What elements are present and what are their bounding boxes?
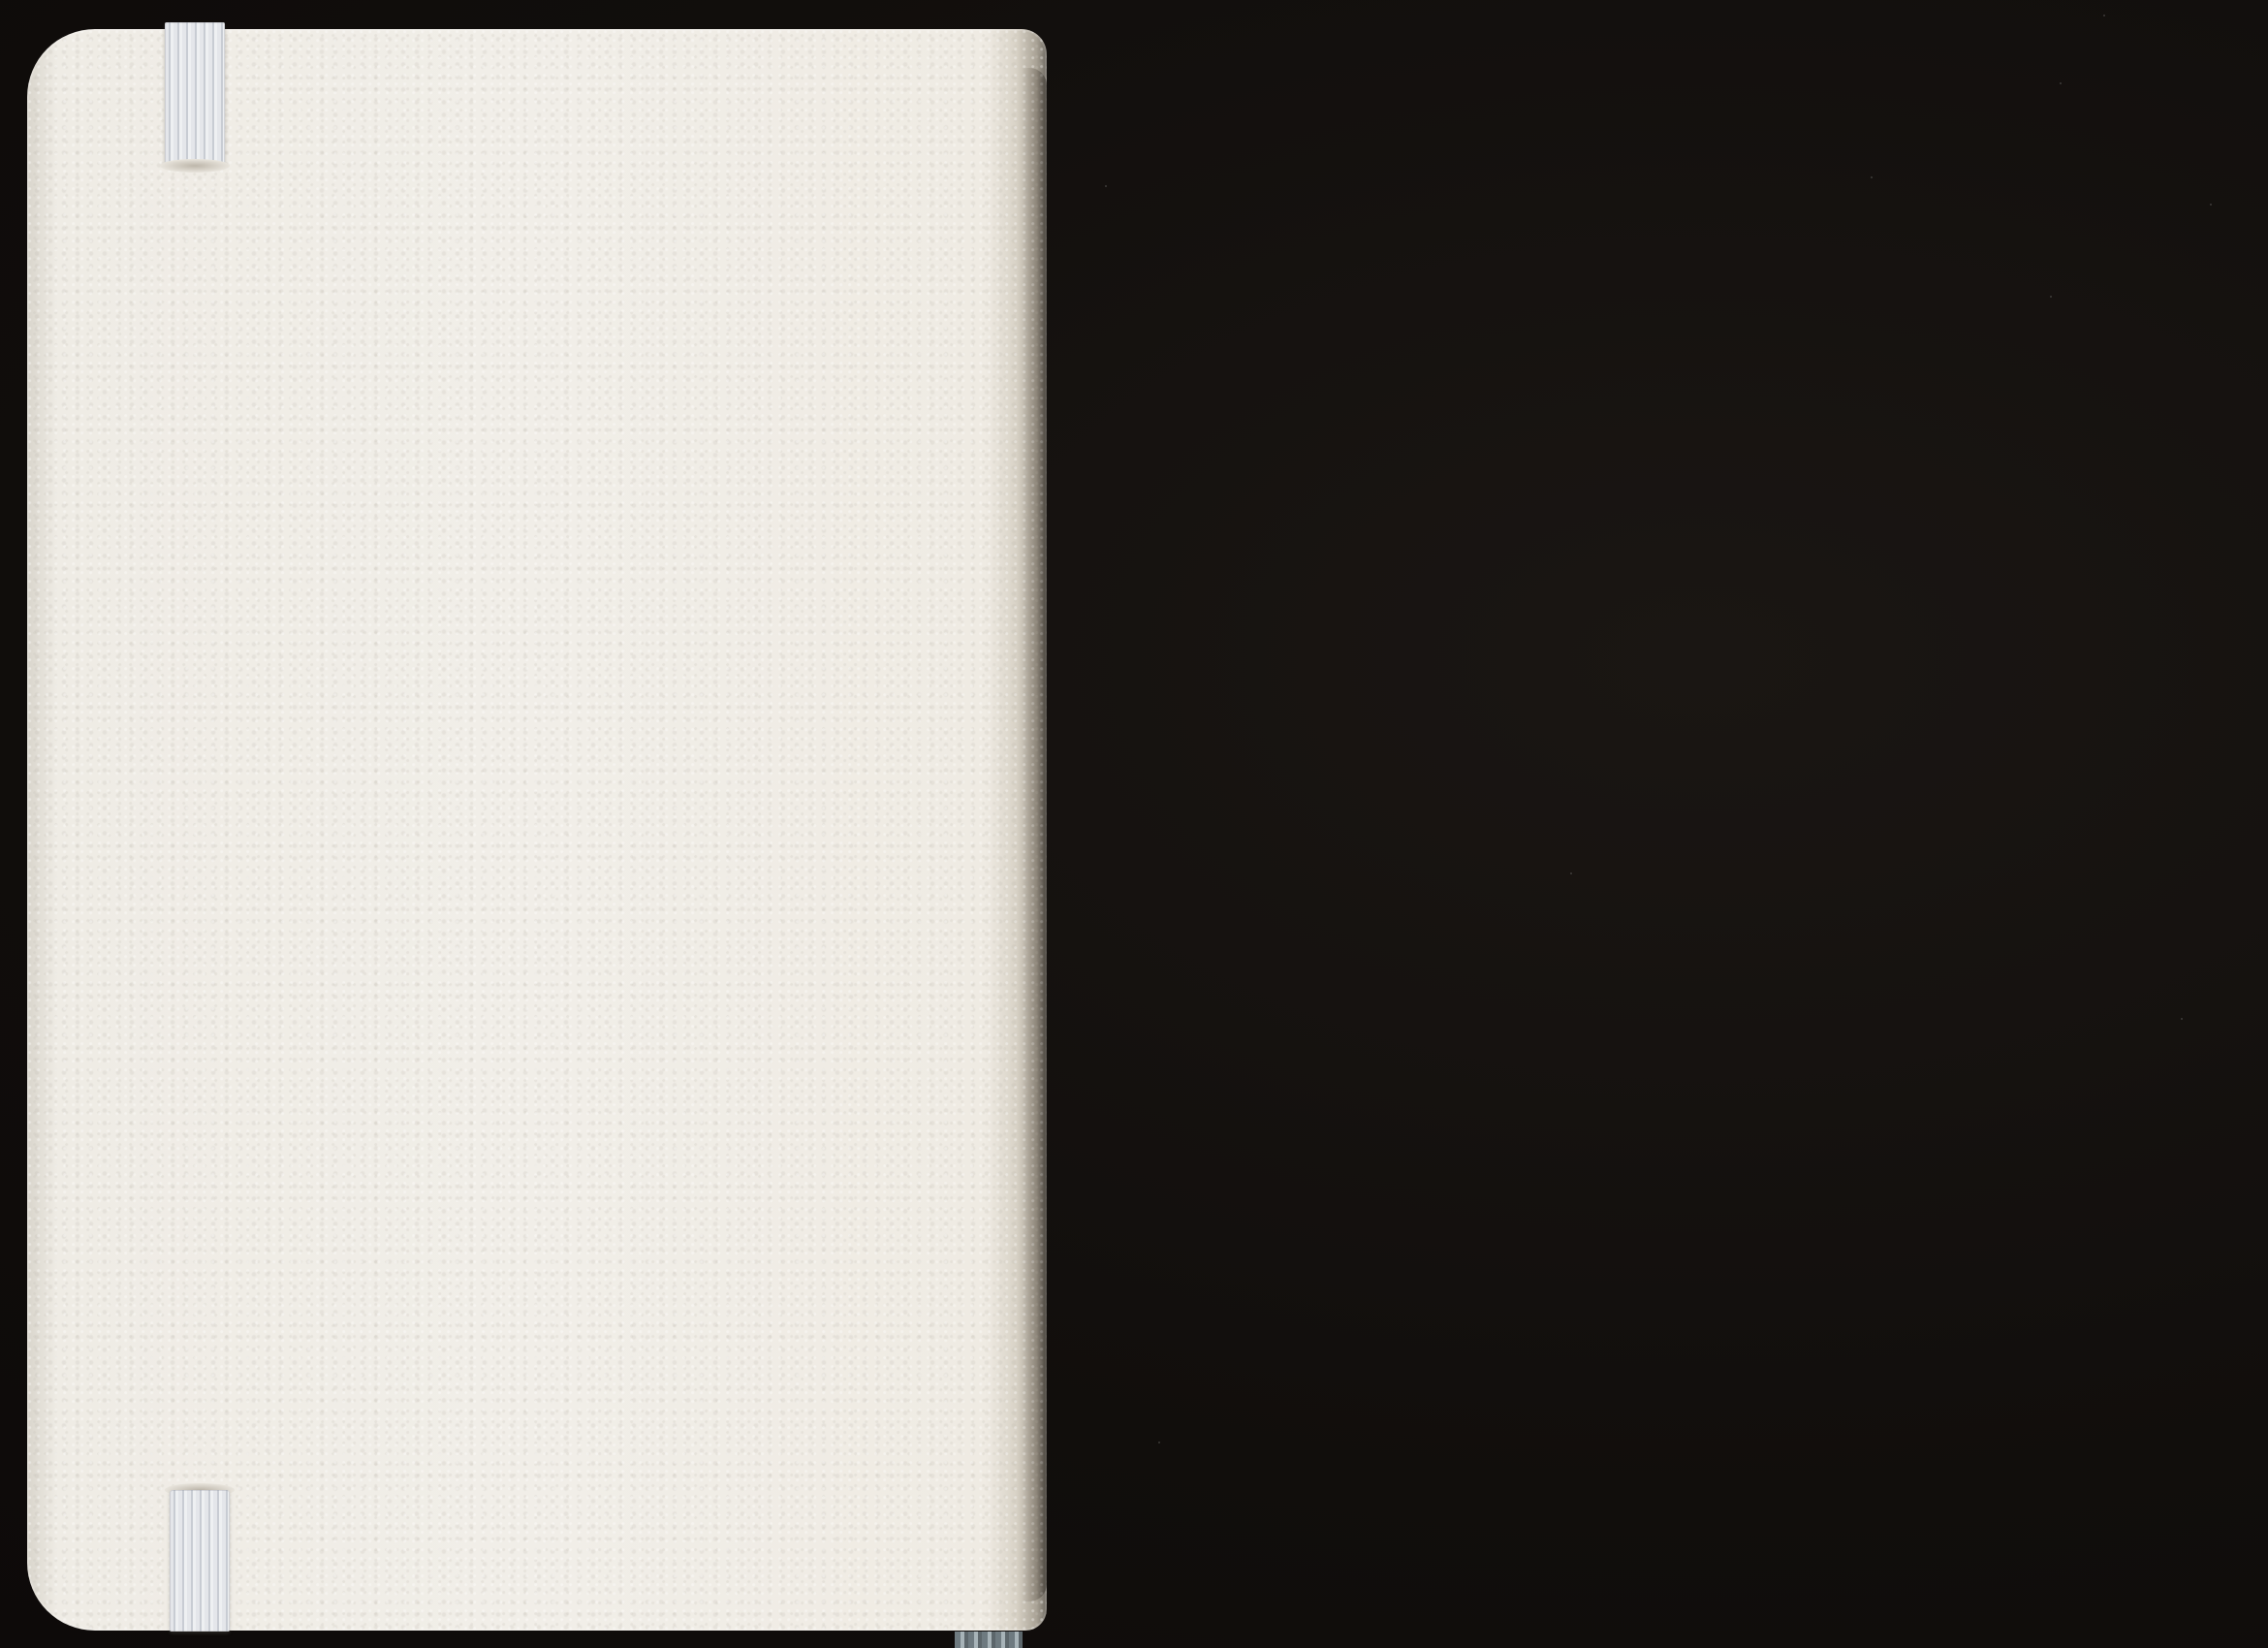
dust-speck — [1105, 185, 1107, 187]
dust-speck — [2181, 1018, 2183, 1020]
dust-speck — [2103, 15, 2105, 16]
band-slot-top — [160, 159, 230, 173]
dust-speck — [2210, 204, 2212, 206]
dust-speck — [2050, 296, 2052, 298]
elastic-band-bottom — [170, 1490, 230, 1632]
notebook-cover — [27, 29, 1047, 1631]
ribbon-bookmark — [955, 1632, 1023, 1648]
dust-speck — [2060, 82, 2062, 84]
dust-speck — [1871, 176, 1873, 178]
dust-speck — [1158, 1442, 1160, 1443]
elastic-band-top — [165, 22, 225, 166]
dust-speck — [1570, 872, 1572, 874]
